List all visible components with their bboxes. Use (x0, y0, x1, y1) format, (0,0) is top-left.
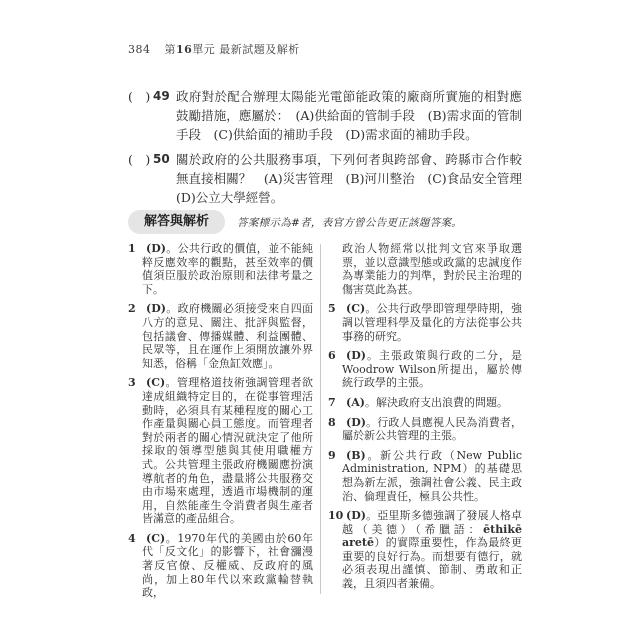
answer-number: 3 (128, 376, 144, 390)
question-item-50: ( ) 50 關於政府的公共服務事項，下列何者與跨部會、跨縣市合作較無直接相關？… (128, 150, 522, 207)
book-page: 384 第16單元 最新試題及解析 ( ) 49 政府對於配合辦理太陽能光電節能… (0, 0, 640, 640)
question-text: 政府對於配合辦理太陽能光電節能政策的廠商所實施的相對應鼓勵措施，應屬於： (A)… (176, 87, 522, 144)
question-item-49: ( ) 49 政府對於配合辦理太陽能光電節能政策的廠商所實施的相對應鼓勵措施，應… (128, 87, 522, 144)
answer-item-9: 9(B)。新公共行政（New Public Administration, NP… (328, 449, 522, 503)
answer-letter: (C) (146, 532, 165, 545)
answer-item-7: 7(A)。解決政府支出浪費的問題。 (328, 396, 522, 410)
column-divider (320, 244, 321, 594)
answer-separator: 。 (365, 302, 376, 315)
answer-letter: (D) (146, 302, 166, 315)
page-number: 384 (128, 43, 151, 56)
answer-item-4: 4(C)。1970年代的美國由於60年代「反文化」的影響下，社會瀰漫著反官僚、反… (128, 532, 313, 600)
answer-number: 10 (328, 509, 344, 523)
answer-letter: (D) (346, 349, 366, 362)
answer-number: 6 (328, 349, 344, 363)
answer-letter: (C) (346, 302, 365, 315)
answer-item-4-continuation: 政治人物經常以批判文官來爭取選票，並以意識型態或政黨的忠誠度作為專業能力的判準，… (328, 242, 522, 296)
answer-number: 1 (128, 242, 144, 256)
answer-item-8: 8(D)。行政人員應視人民為消費者，屬於新公共管理的主張。 (328, 416, 522, 443)
answer-item-6: 6(D)。主張政策與行政的二分，是Woodrow Wilson所提出，屬於傳統行… (328, 349, 522, 390)
unit-title-number: 16 (176, 43, 192, 56)
answer-number: 7 (328, 396, 344, 410)
answers-column-left: 1(D)。公共行政的價值，並不能純粹反應效率的觀點，甚至效率的價值須臣服於政治原… (128, 242, 313, 600)
answer-separator: 。 (165, 376, 177, 389)
answer-text: 管理格道技術強調管理者欲達成組織特定目的，在從事管理活動時，必須具有某種程度的關… (142, 376, 313, 525)
answer-item-10: 10(D)。亞里斯多德強調了發展人格卓越（美德）（希臘語：ēthikē aret… (328, 509, 522, 591)
solution-badge: 解答與解析 (128, 210, 225, 234)
question-list: ( ) 49 政府對於配合辦理太陽能光電節能政策的廠商所實施的相對應鼓勵措施，應… (128, 87, 522, 207)
answer-number: 9 (328, 449, 344, 463)
answers-area: 1(D)。公共行政的價值，並不能純粹反應效率的觀點，甚至效率的價值須臣服於政治原… (128, 242, 522, 600)
question-number: 50 (153, 150, 171, 169)
answer-item-2: 2(D)。政府機關必須接受來自四面八方的意見、關注、批評與監督，包括議會、傳播媒… (128, 302, 313, 370)
answer-item-3: 3(C)。管理格道技術強調管理者欲達成組織特定目的，在從事管理活動時，必須具有某… (128, 376, 313, 526)
answer-separator: 。 (166, 242, 178, 255)
answer-item-1: 1(D)。公共行政的價值，並不能純粹反應效率的觀點，甚至效率的價值須臣服於政治原… (128, 242, 313, 296)
answer-letter: (D) (146, 242, 166, 255)
question-number: 49 (153, 87, 171, 106)
unit-title-post: 單元 最新試題及解析 (192, 43, 300, 56)
running-head: 384 第16單元 最新試題及解析 (128, 41, 522, 57)
answer-letter: (D) (346, 509, 366, 522)
answer-letter: (D) (346, 416, 366, 429)
unit-title: 第16單元 最新試題及解析 (165, 41, 300, 57)
answer-item-5: 5(C)。公共行政學即管理學時期，強調以管理科學及量化的方法從事公共事務的研究。 (328, 302, 522, 343)
answer-separator: 。 (166, 302, 178, 315)
answers-column-right: 政治人物經常以批判文官來爭取選票，並以意識型態或政黨的忠誠度作為專業能力的判準，… (328, 242, 522, 600)
answer-separator: 。 (366, 509, 377, 522)
answer-number: 8 (328, 416, 344, 430)
question-text: 關於政府的公共服務事項，下列何者與跨部會、跨縣市合作較無直接相關？ (A)災害管… (176, 150, 522, 207)
answer-blank-marker: ( ) (128, 87, 153, 106)
solution-section-header: 解答與解析 答案標示為#者，表官方曾公告更正該題答案。 (128, 210, 522, 234)
answer-separator: 。 (165, 532, 177, 545)
answer-text: 解決政府支出浪費的問題。 (376, 396, 508, 409)
answer-separator: 。 (366, 416, 377, 429)
answer-separator: 。 (366, 449, 380, 462)
answer-separator: 。 (366, 349, 379, 362)
answer-separator: 。 (365, 396, 376, 409)
answer-number: 4 (128, 532, 144, 546)
solution-note: 答案標示為#者，表官方曾公告更正該題答案。 (237, 215, 462, 230)
answer-number: 5 (328, 302, 344, 316)
answer-blank-marker: ( ) (128, 150, 153, 169)
answer-letter: (A) (346, 396, 365, 409)
unit-title-pre: 第 (165, 43, 177, 56)
answer-number: 2 (128, 302, 144, 316)
answer-letter: (C) (146, 376, 165, 389)
answer-letter: (B) (346, 449, 366, 462)
